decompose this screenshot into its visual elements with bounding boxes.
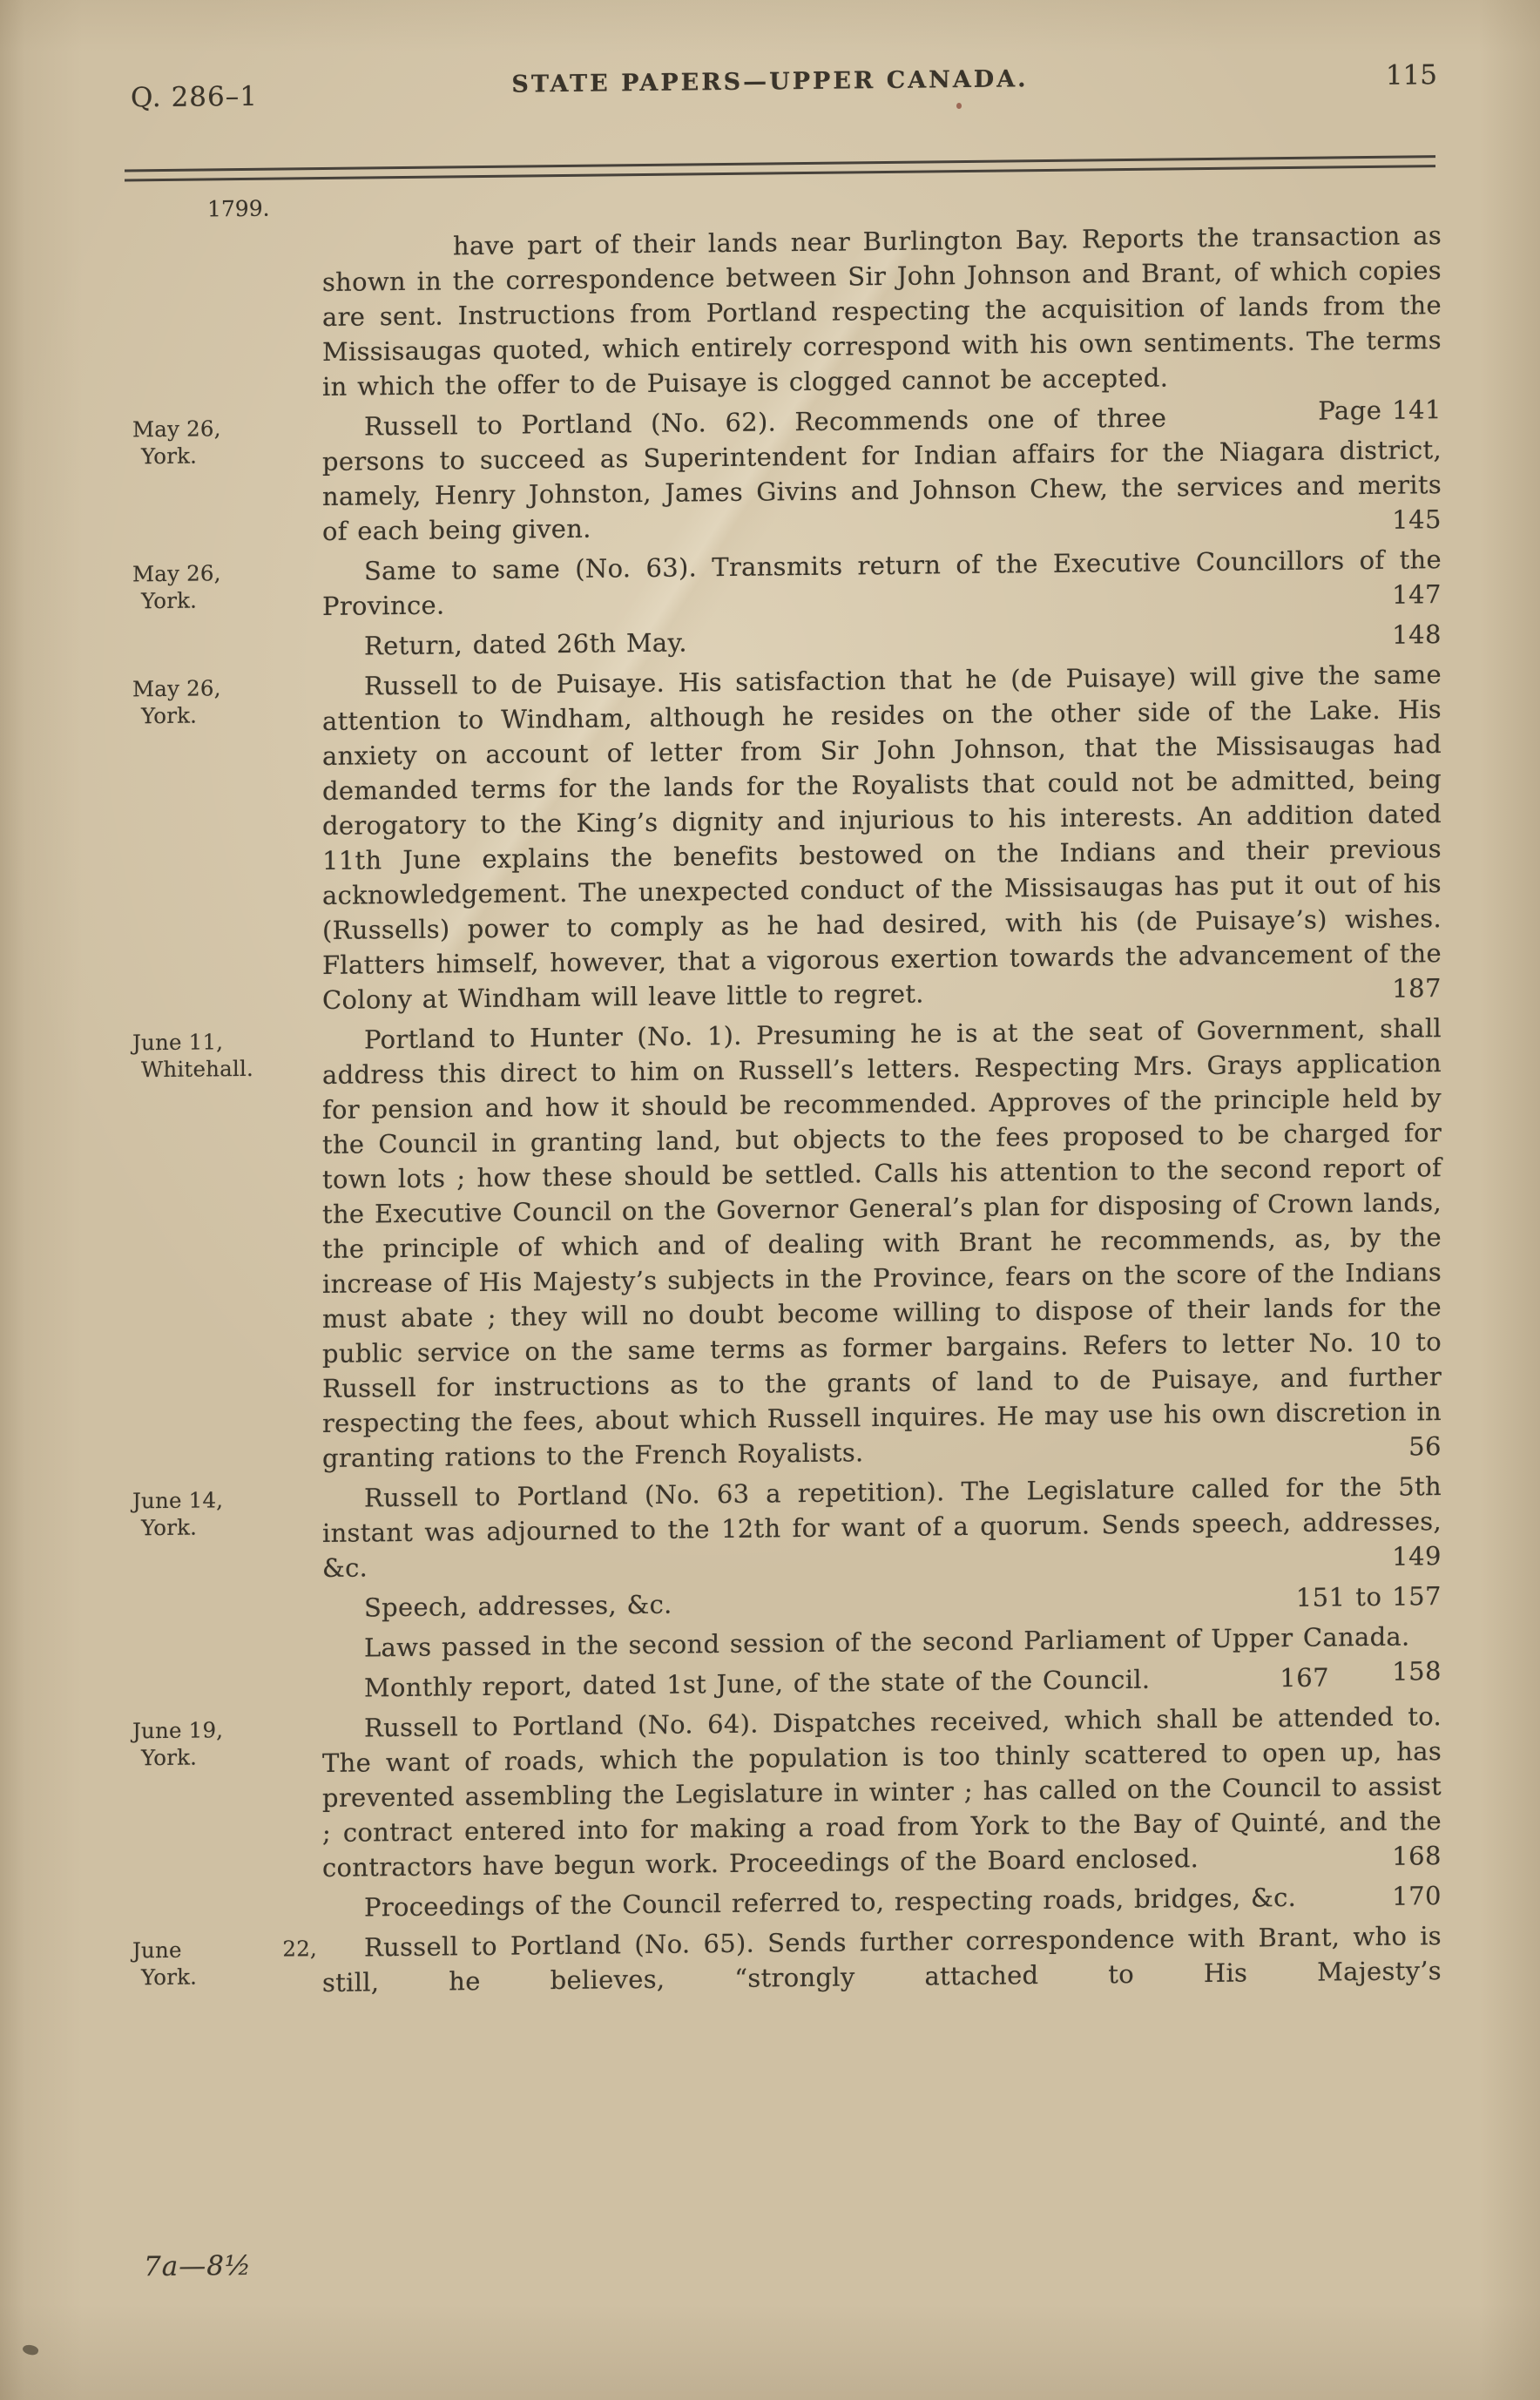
entry-text: Speech, addresses, &c.: [364, 1590, 672, 1623]
entry-text: Russell to Portland (No. 62). Recommends…: [322, 403, 1442, 546]
index-entry: Laws passed in the second session of the…: [322, 1619, 1442, 1666]
entry-page-ref: 168: [1350, 1838, 1442, 1874]
entry-text: Russell to de Puisaye. His satisfaction …: [322, 659, 1442, 1015]
entry-page-ref: 151 to 157: [1254, 1579, 1442, 1615]
index-entry: May 26,York.Same to same (No. 63). Trans…: [322, 542, 1442, 624]
scan-tilt-layer: Q. 286–1 STATE PAPERS—UPPER CANADA. 115 …: [0, 0, 1540, 2400]
entry-text: Russell to Portland (No. 64). Dispatches…: [322, 1701, 1442, 1883]
margin-date-note: June 14,York.: [132, 1485, 317, 1541]
index-entry: Speech, addresses, &c.151 to 157: [322, 1579, 1442, 1626]
entry-text: Laws passed in the second session of the…: [364, 1621, 1410, 1662]
entry-text: have part of their lands near Burlington…: [322, 220, 1442, 402]
entry-text: Monthly report, dated 1st June, of the s…: [364, 1665, 1150, 1703]
index-entry: June 11,Whitehall.Portland to Hunter (No…: [322, 1011, 1442, 1476]
index-entry: Proceedings of the Council referred to, …: [322, 1878, 1442, 1925]
margin-date-note: May 26,York.: [132, 414, 317, 470]
margin-date-note: June 11,Whitehall.: [132, 1027, 317, 1083]
entry-page-ref: 145: [1350, 502, 1442, 537]
index-entry: June 22,York.Russell to Portland (No. 65…: [322, 1918, 1442, 2000]
margin-date-note: May 26,York.: [132, 558, 317, 614]
entry-text: Russell to Portland (No. 65). Sends furt…: [322, 1921, 1442, 1998]
entry-page-ref: 149: [1350, 1538, 1442, 1574]
entry-text: Portland to Hunter (No. 1). Presuming he…: [322, 1013, 1442, 1473]
entry-page-ref: 187: [1350, 970, 1442, 1006]
scanned-document-page: Q. 286–1 STATE PAPERS—UPPER CANADA. 115 …: [0, 0, 1540, 2400]
entry-text: Same to same (No. 63). Transmits return …: [322, 544, 1442, 621]
index-entry: Return, dated 26th May.148: [322, 617, 1442, 664]
entry-page-ref: 148: [1350, 617, 1442, 652]
header-double-rule: [125, 155, 1435, 181]
index-entry: June 19,York.Russell to Portland (No. 64…: [322, 1699, 1442, 1885]
printer-signature: 7a—8½: [144, 2250, 252, 2282]
entry-text: Russell to Portland (No. 63 a repetition…: [322, 1471, 1442, 1583]
margin-date-note: May 26,York.: [132, 673, 317, 729]
index-entry: Monthly report, dated 1st June, of the s…: [322, 1659, 1442, 1706]
entry-text: Proceedings of the Council referred to, …: [364, 1883, 1296, 1923]
index-entry: May 26,York.Russell to de Puisaye. His s…: [322, 657, 1442, 1017]
entry-page-ref: 170: [1350, 1878, 1442, 1914]
entry-text: Return, dated 26th May.: [364, 627, 687, 660]
entry-page-ref: 56: [1367, 1429, 1442, 1464]
index-entry: May 26,York.Russell to Portland (No. 62)…: [322, 397, 1442, 549]
ink-speck: [956, 103, 962, 109]
index-entries: have part of their lands near Burlington…: [322, 218, 1442, 2005]
margin-year-note: 1799.: [207, 196, 270, 222]
margin-date-note: June 22,York.: [132, 1935, 317, 1991]
index-entry: have part of their lands near Burlington…: [322, 218, 1442, 404]
entry-page-ref: 147: [1350, 577, 1442, 612]
entry-page-ref: 167: [1238, 1660, 1329, 1695]
margin-date-note: June 19,York.: [132, 1715, 317, 1771]
page-number: 115: [1263, 59, 1437, 92]
index-entry: June 14,York.Russell to Portland (No. 63…: [322, 1469, 1442, 1585]
